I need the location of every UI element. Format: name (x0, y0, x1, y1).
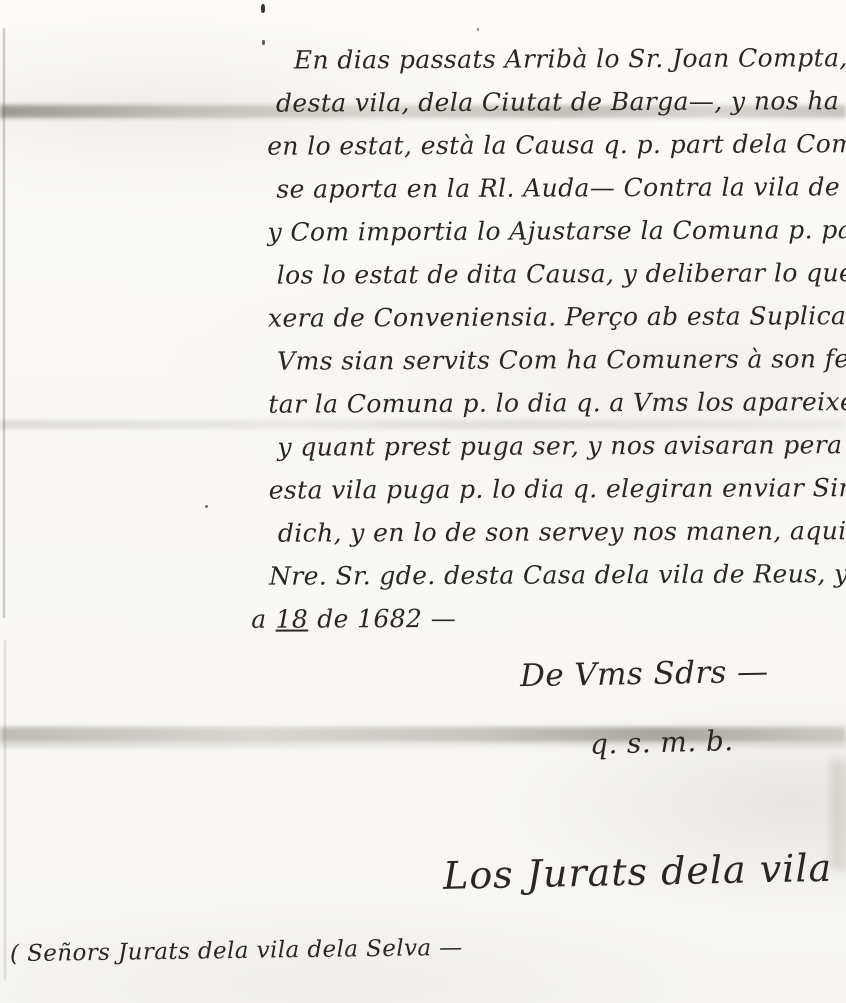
body-line: y quant prest puga ser, y nos avisaran p… (277, 423, 846, 468)
date-prefix: a (251, 605, 266, 634)
date-rest: de 1682 — (317, 604, 456, 634)
body-line: esta vila puga p. lo dia q. elegiran env… (269, 466, 846, 512)
body-line: xera de Conveniensia. Perço ab esta Supl… (268, 294, 846, 340)
closing-formula-line-1: De Vms Sdrs — (520, 654, 769, 694)
letter-body: En dias passats Arribà lo Sr. Joan Compt… (0, 36, 846, 642)
body-line: tar la Comuna p. lo dia q. a Vms los apa… (268, 380, 846, 426)
closing-formula-line-2: q. s. m. b. (590, 724, 734, 761)
address-line: ( Señors Jurats dela vila dela Selva — (10, 935, 463, 967)
manuscript-page: En dias passats Arribà lo Sr. Joan Compt… (0, 0, 846, 1003)
date-line: a18de 1682 — (251, 595, 846, 641)
body-line: en lo estat, està la Causa q. p. part de… (267, 122, 845, 168)
signature-line: Los Jurats dela vila de Reus (443, 842, 846, 898)
ink-speck (477, 28, 479, 31)
body-line: se aporta en la Rl. Auda— Contra la vila… (276, 165, 845, 210)
body-line: dich, y en lo de son servey nos manen, a… (278, 509, 846, 554)
left-page-edge-lower (4, 640, 6, 980)
body-line: los lo estat de dita Causa, y deliberar … (277, 251, 846, 296)
body-line: En dias passats Arribà lo Sr. Joan Compt… (294, 36, 845, 81)
body-line: desta vila, dela Ciutat de Barga—, y nos… (276, 79, 845, 124)
ink-speck (261, 4, 265, 13)
body-line: Vms sian servits Com ha Comuners à son f… (277, 337, 846, 382)
body-line: Nre. Sr. gde. desta Casa dela vila de Re… (269, 552, 846, 598)
body-line: y Com importia lo Ajustarse la Comuna p.… (267, 208, 845, 254)
date-day: 18 (275, 605, 308, 634)
